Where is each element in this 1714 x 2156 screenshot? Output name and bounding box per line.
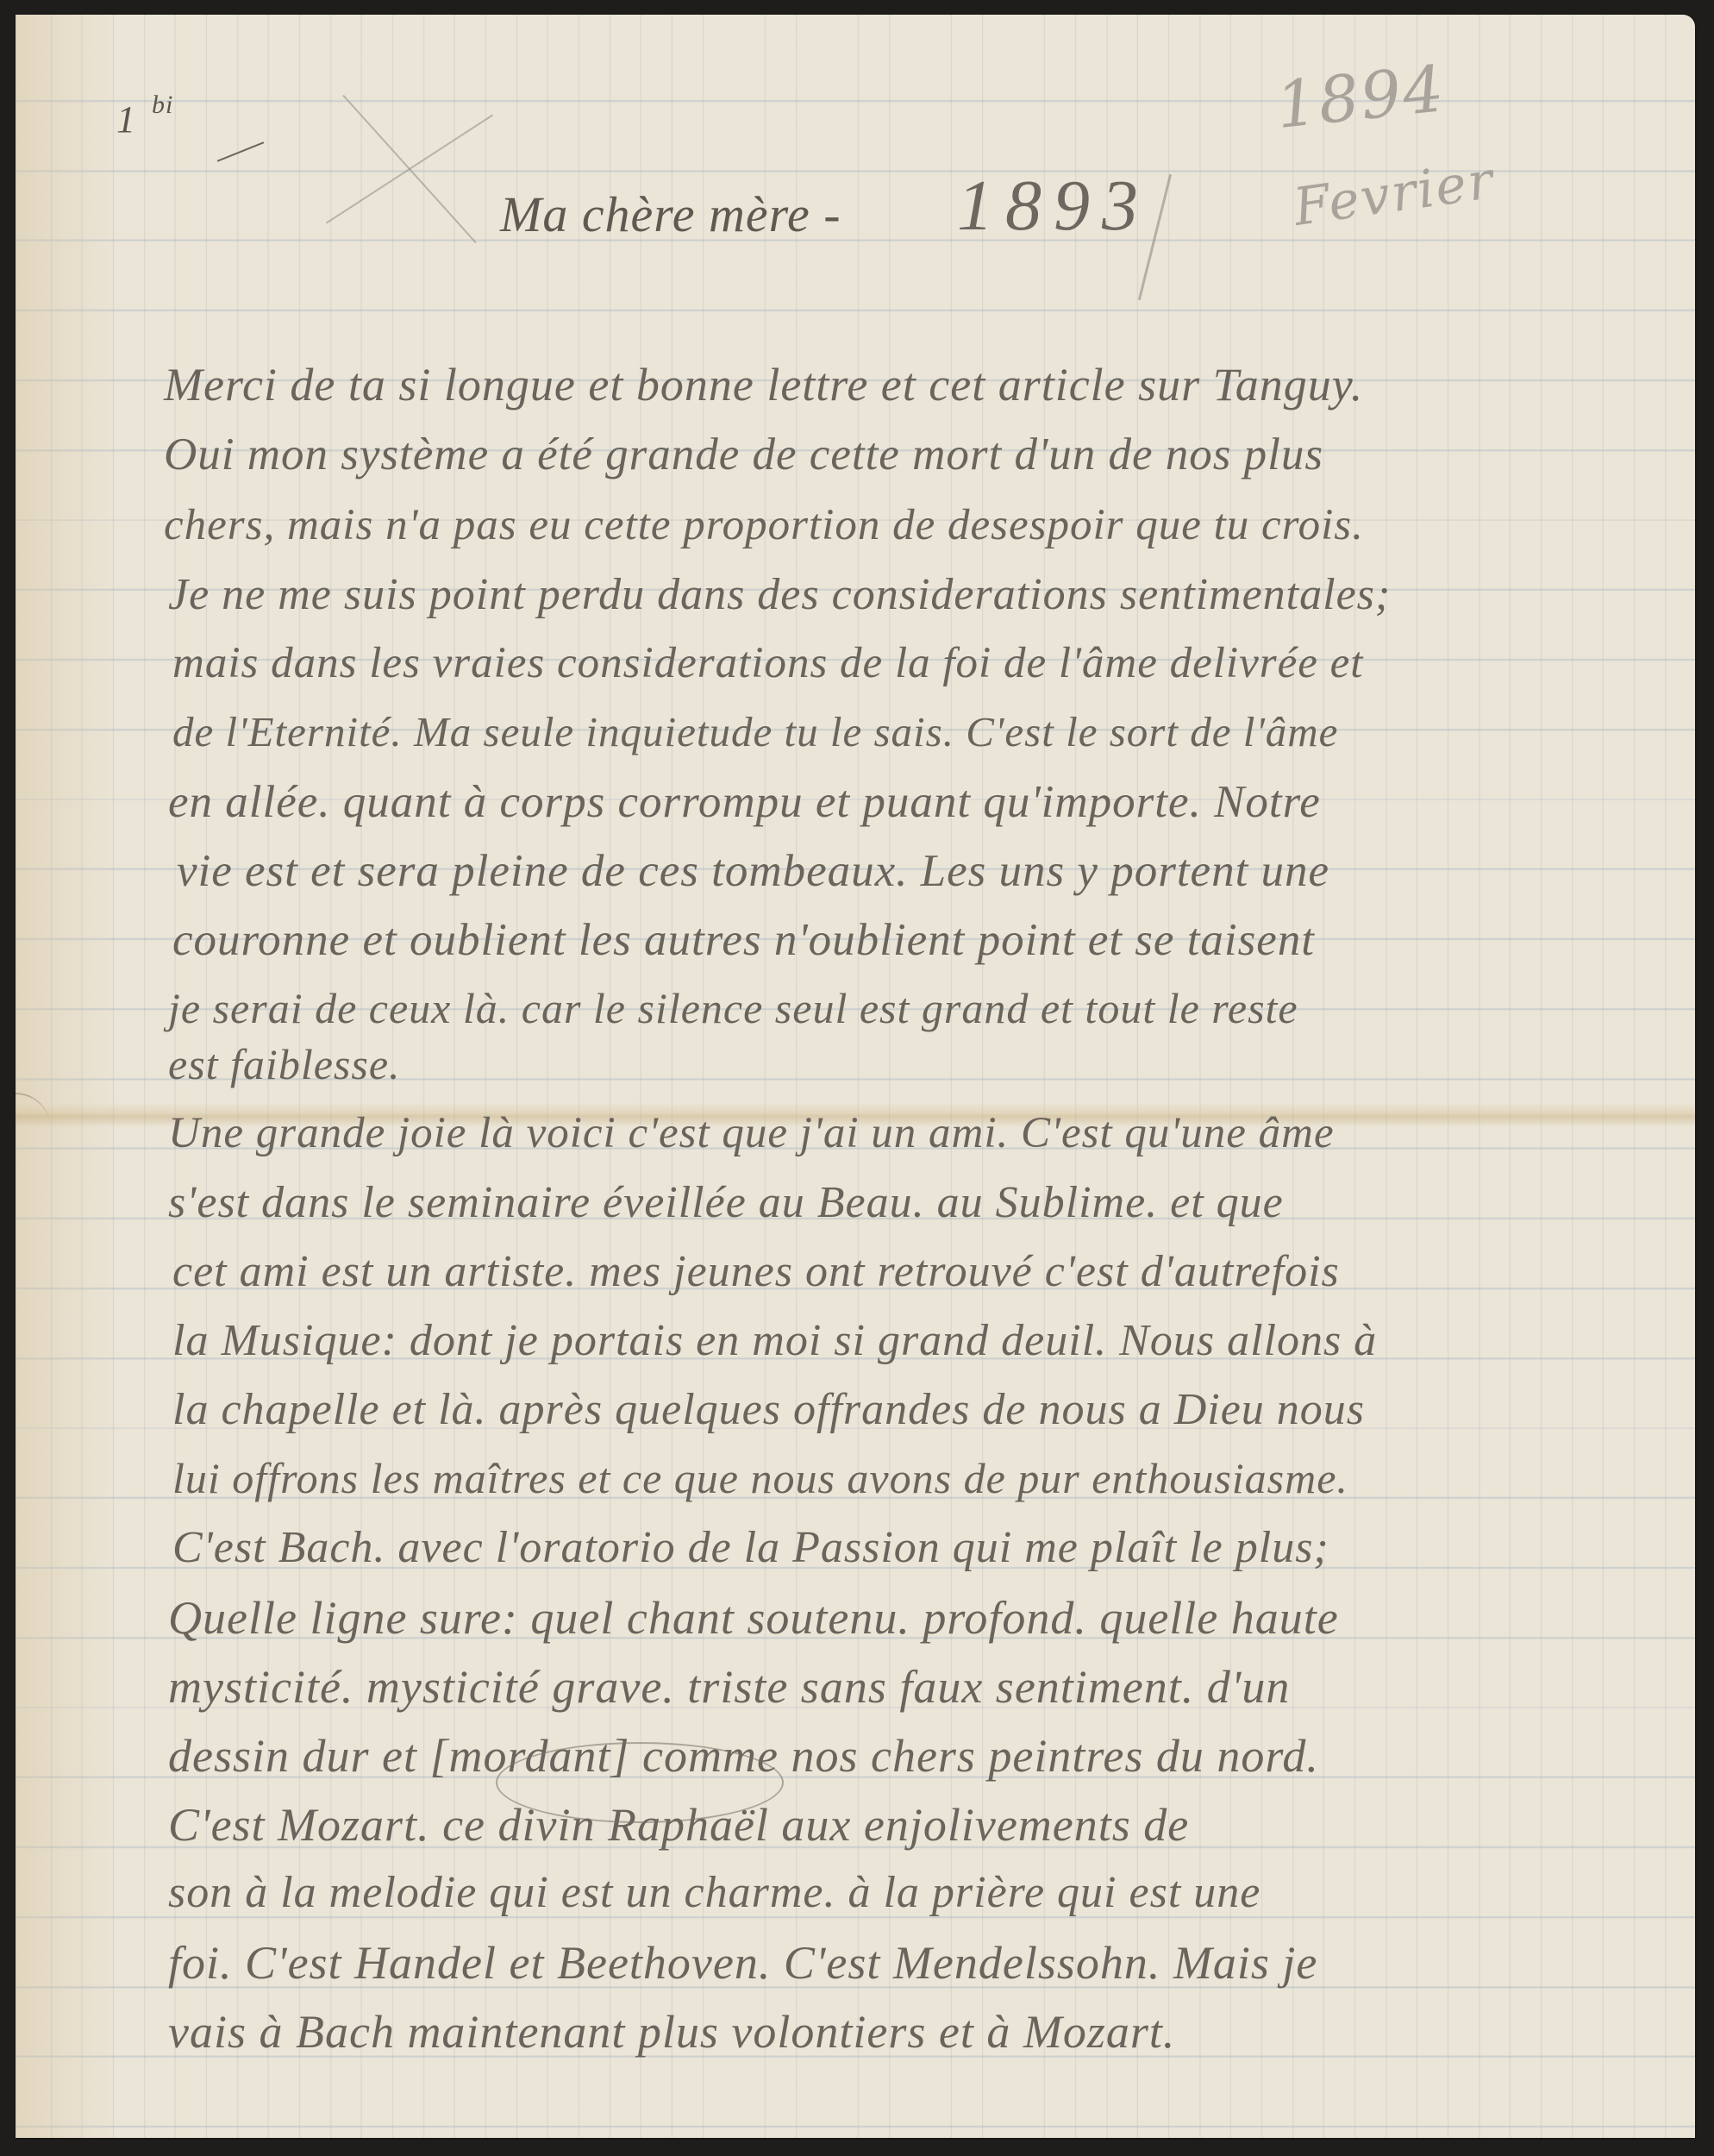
- body-line: de l'Eternité. Ma seule inquietude tu le…: [172, 707, 1338, 756]
- body-line: en allée. quant à corps corrompu et puan…: [168, 776, 1321, 828]
- body-line: chers, mais n'a pas eu cette proportion …: [164, 500, 1364, 550]
- body-line: je serai de ceux là. car le silence seul…: [168, 983, 1298, 1033]
- body-line: s'est dans le seminaire éveillée au Beau…: [168, 1177, 1284, 1228]
- body-line: Une grande joie là voici c'est que j'ai …: [168, 1108, 1335, 1158]
- body-line: la Musique: dont je portais en moi si gr…: [172, 1315, 1377, 1366]
- body-line: lui offrons les maîtres et ce que nous a…: [172, 1453, 1348, 1503]
- body-line: Quelle ligne sure: quel chant soutenu. p…: [168, 1591, 1339, 1645]
- body-line: vie est et sera pleine de ces tombeaux. …: [177, 845, 1329, 897]
- body-line: mais dans les vraies considerations de l…: [172, 638, 1363, 688]
- body-line: est faiblesse.: [168, 1039, 401, 1089]
- folio-number-text: 1: [116, 98, 136, 141]
- body-line: Merci de ta si longue et bonne lettre et…: [164, 358, 1363, 411]
- folio-superscript: bi: [152, 91, 173, 119]
- folio-number: 1bi: [116, 91, 173, 141]
- body-line: vais à Bach maintenant plus volontiers e…: [168, 2005, 1175, 2059]
- body-line: son à la melodie qui est un charme. à la…: [168, 1867, 1260, 1918]
- circled-word-mark: [496, 1742, 784, 1823]
- body-line: Oui mon système a été grande de cette mo…: [164, 429, 1323, 480]
- letter-year: 1893: [957, 164, 1150, 248]
- body-line: mysticité. mysticité grave. triste sans …: [168, 1660, 1290, 1714]
- body-line: cet ami est un artiste. mes jeunes ont r…: [172, 1246, 1340, 1297]
- body-line: la chapelle et là. après quelques offran…: [172, 1384, 1365, 1435]
- body-line: couronne et oublient les autres n'oublie…: [172, 914, 1315, 966]
- body-line: C'est Bach. avec l'oratorio de la Passio…: [172, 1522, 1329, 1573]
- body-line: Je ne me suis point perdu dans des consi…: [168, 569, 1391, 620]
- salutation: Ma chère mère -: [500, 185, 841, 243]
- body-line: foi. C'est Handel et Beethoven. C'est Me…: [168, 1936, 1317, 1990]
- pencil-cross-mark: [310, 78, 509, 259]
